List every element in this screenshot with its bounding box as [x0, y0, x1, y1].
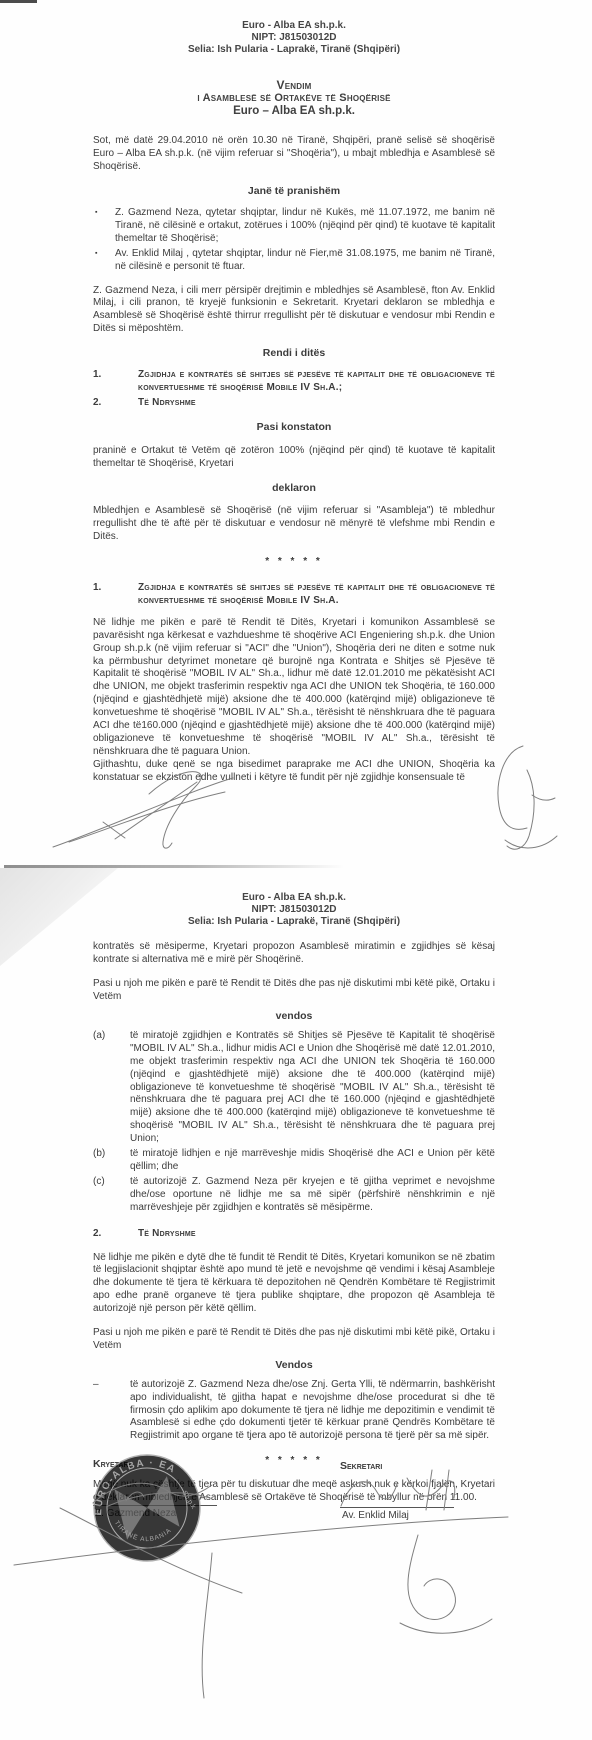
company-letterhead: Euro - Alba EA sh.p.k. NIPT: J81503012D … — [93, 20, 495, 55]
agenda-heading: Rendi i ditës — [93, 347, 495, 360]
document-title: Vendim i Asamblesë së Ortakëve të Shoqër… — [93, 79, 495, 118]
agenda-text: Zgjidhja e kontratës së shitjes së pjesë… — [138, 369, 495, 395]
pasi-paragraph-1: Pasi u njoh me pikën e parë të Rendit të… — [93, 978, 495, 1004]
agenda-text: Të Ndryshme — [138, 397, 495, 410]
decision-text: të miratojë zgjidhjen e Kontratës së Shi… — [130, 1030, 495, 1146]
decision-item: (c) të autorizojë Z. Gazmend Neza për kr… — [93, 1176, 495, 1215]
section1-paragraph-b: Gjithashtu, duke qenë se nga bisedimet p… — [93, 759, 495, 785]
vendos-heading-2: Vendos — [93, 1359, 495, 1372]
chairman-paragraph: Z. Gazmend Neza, i cili merr përsipër dr… — [93, 285, 495, 337]
stars-separator: * * * * * — [93, 556, 495, 569]
section-2-heading: 2. Të Ndryshme — [93, 1228, 495, 1241]
continuation-paragraph: kontratës së mësiperme, Kryetari propozo… — [93, 941, 495, 967]
scanned-document: Euro - Alba EA sh.p.k. NIPT: J81503012D … — [0, 0, 592, 1740]
company-address: Selia: Ish Pularia - Laprakë, Tiranë (Sh… — [93, 916, 495, 928]
stamp-icon: EURO-ALBA · EA TIRANË ALBANIA Sh.p.k — [70, 1445, 240, 1585]
agenda-list: 1. Zgjidhja e kontratës së shitjes së pj… — [93, 369, 495, 410]
agenda-item: 2. Të Ndryshme — [93, 397, 495, 410]
decision-dash: – — [93, 1379, 130, 1444]
title-line-3: Euro – Alba EA sh.p.k. — [93, 105, 495, 118]
decision-letter: (b) — [93, 1148, 130, 1174]
section1-paragraph-a: Në lidhje me pikën e parë të Rendit të D… — [93, 617, 495, 759]
attendee-text: Z. Gazmend Neza, qytetar shqiptar, lindu… — [115, 207, 495, 246]
title-line-1: Vendim — [93, 79, 495, 92]
section-number: 1. — [93, 582, 138, 608]
title-line-2: i Asamblesë së Ortakëve të Shoqërisë — [93, 92, 495, 105]
page-2: Euro - Alba EA sh.p.k. NIPT: J81503012D … — [0, 868, 592, 1740]
company-name: Euro - Alba EA sh.p.k. — [93, 892, 495, 904]
decision-item: (b) të miratojë lidhjen e një marrëveshj… — [93, 1148, 495, 1174]
company-stamp: EURO-ALBA · EA TIRANË ALBANIA Sh.p.k — [70, 1445, 240, 1590]
decision-text: të autorizojë Z. Gazmend Neza për kryeje… — [130, 1176, 495, 1215]
bullet-icon: ▪ — [93, 248, 115, 274]
section2-paragraph: Në lidhje me pikën e dytë dhe të fundit … — [93, 1252, 495, 1317]
section-title: Të Ndryshme — [138, 1228, 495, 1241]
company-nipt: NIPT: J81503012D — [93, 32, 495, 44]
signer-name-right: Av. Enklid Milaj — [342, 1510, 409, 1521]
section-number: 2. — [93, 1228, 138, 1241]
company-address: Selia: Ish Pularia - Laprakë, Tiranë (Sh… — [93, 44, 495, 56]
company-name: Euro - Alba EA sh.p.k. — [93, 20, 495, 32]
pasi-paragraph-2: Pasi u njoh me pikën e parë të Rendit të… — [93, 1327, 495, 1353]
decision-letter: (c) — [93, 1176, 130, 1215]
agenda-number: 1. — [93, 369, 138, 395]
company-letterhead: Euro - Alba EA sh.p.k. NIPT: J81503012D … — [93, 892, 495, 927]
decision-text: të miratojë lidhjen e një marrëveshje mi… — [130, 1148, 495, 1174]
page-1: Euro - Alba EA sh.p.k. NIPT: J81503012D … — [0, 0, 592, 868]
intro-paragraph: Sot, më datë 29.04.2010 në orën 10.30 në… — [93, 135, 495, 174]
decision-letter: (a) — [93, 1030, 130, 1146]
decision-item: (a) të miratojë zgjidhjen e Kontratës së… — [93, 1030, 495, 1146]
signature-line — [340, 1507, 454, 1508]
agenda-number: 2. — [93, 397, 138, 410]
company-nipt: NIPT: J81503012D — [93, 904, 495, 916]
deklaron-paragraph: Mbledhjen e Asamblesë së Shoqërisë (në v… — [93, 505, 495, 544]
attendee-list: ▪ Z. Gazmend Neza, qytetar shqiptar, lin… — [93, 207, 495, 274]
decision-text: të autorizojë Z. Gazmend Neza dhe/ose Zn… — [130, 1379, 495, 1444]
role-label-sekretari: Sekretari — [340, 1460, 382, 1472]
decision-list: (a) të miratojë zgjidhjen e Kontratës së… — [93, 1030, 495, 1215]
bullet-icon: ▪ — [93, 207, 115, 246]
konstaton-heading: Pasi konstaton — [93, 421, 495, 434]
list-item: ▪ Z. Gazmend Neza, qytetar shqiptar, lin… — [93, 207, 495, 246]
attendee-text: Av. Enklid Milaj , qytetar shqiptar, lin… — [115, 248, 495, 274]
decision-item: – të autorizojë Z. Gazmend Neza dhe/ose … — [93, 1379, 495, 1444]
list-item: ▪ Av. Enklid Milaj , qytetar shqiptar, l… — [93, 248, 495, 274]
vendos-heading-1: vendos — [93, 1010, 495, 1023]
deklaron-heading: deklaron — [93, 482, 495, 495]
agenda-item: 1. Zgjidhja e kontratës së shitjes së pj… — [93, 369, 495, 395]
section-1-heading: 1. Zgjidhja e kontratës së shitjes së pj… — [93, 582, 495, 608]
scan-artifact-bar — [0, 0, 37, 3]
section-title: Zgjidhja e kontratës së shitjes së pjesë… — [138, 582, 495, 608]
present-heading: Janë të pranishëm — [93, 185, 495, 198]
konstaton-paragraph: praninë e Ortakut të Vetëm që zotëron 10… — [93, 445, 495, 471]
